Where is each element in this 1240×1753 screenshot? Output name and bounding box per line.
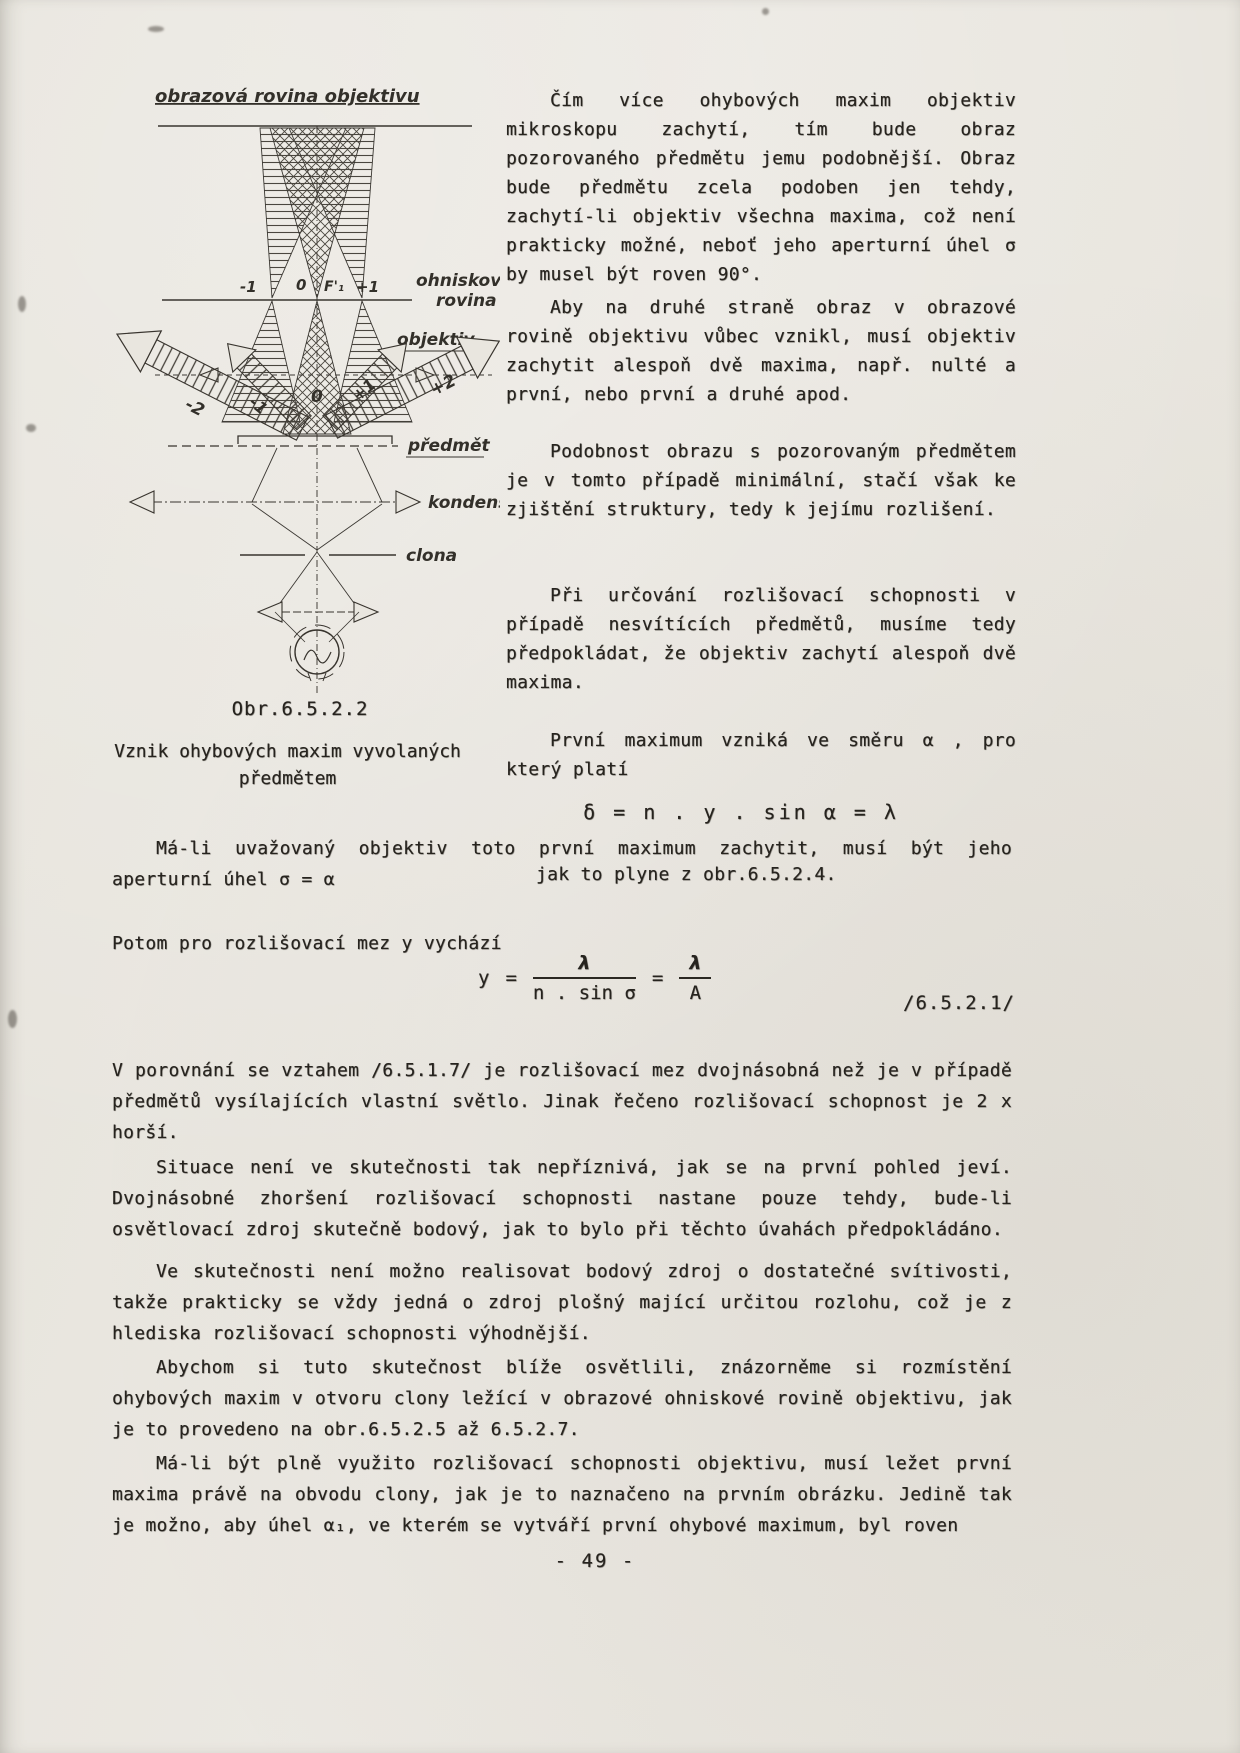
- formula-denominator-2: A: [679, 979, 711, 1004]
- scanned-page: obrazová rovina objektivu -1 0 F'₁ +1 oh…: [0, 0, 1240, 1753]
- focal-tick-plus1: +1: [356, 278, 379, 296]
- formula-denominator-1: n . sin σ: [533, 979, 636, 1004]
- condenser-arrowhead-right: [396, 491, 420, 513]
- focal-tick-minus1: -1: [240, 278, 257, 296]
- order-label-minus2: -2: [182, 395, 208, 421]
- figure-caption: Obr.6.5.2.2: [100, 698, 500, 720]
- figure-subcaption: Vznik ohybových maxim vyvolaných předmět…: [95, 738, 480, 792]
- scan-speck: [18, 296, 26, 312]
- lens-arrowhead-right: [354, 602, 378, 622]
- lens-arrowhead-left: [258, 602, 282, 622]
- formula-diffraction: δ = n . y . sin α = λ: [506, 800, 976, 824]
- focal-tick-focus: F'₁: [324, 279, 344, 295]
- paragraph-resolving-power: Při určování rozlišovací schopnosti v př…: [506, 581, 1016, 697]
- focal-tick-zero: 0: [296, 276, 306, 294]
- formula-fraction-2: λ A: [679, 952, 711, 1004]
- formula-tag: /6.5.2.1/: [903, 992, 1015, 1014]
- formula-numerator-2: λ: [679, 952, 711, 979]
- paragraph-full-resolution: Má-li být plně využito rozlišovací schop…: [112, 1448, 1012, 1541]
- paragraph-comparison: V porovnání se vztahem /6.5.1.7/ je rozl…: [112, 1055, 1012, 1148]
- condenser-label: kondensor: [428, 493, 500, 513]
- formula-numerator-1: λ: [533, 952, 636, 979]
- focal-plane-label-1: ohnisková: [416, 271, 500, 291]
- paragraph-similarity: Podobnost obrazu s pozorovaným předmětem…: [506, 437, 1016, 524]
- scan-speck: [762, 8, 769, 15]
- paragraph-maxima-capture: Čím více ohybových maxim objektiv mikros…: [506, 86, 1016, 289]
- paragraph-real-source: Ve skutečnosti není možno realisovat bod…: [112, 1256, 1012, 1349]
- aperture-label: clona: [406, 546, 457, 566]
- formula-fraction-1: λ n . sin σ: [533, 952, 636, 1004]
- scan-speck: [8, 1010, 17, 1028]
- paragraph-illustration: Abychom si tuto skutečnost blíže osvětli…: [112, 1352, 1012, 1445]
- order-label-zero: 0: [311, 387, 323, 407]
- scan-speck: [26, 424, 36, 432]
- object-label: předmět: [407, 436, 490, 456]
- image-plane-label: obrazová rovina objektivu: [155, 86, 420, 107]
- paragraph-situation: Situace není ve skutečnosti tak nepřízni…: [112, 1152, 1012, 1245]
- page-number: - 49 -: [0, 1550, 1190, 1572]
- formula-equals-1: =: [505, 967, 516, 989]
- formula-resolution-limit: y = λ n . sin σ = λ A: [478, 952, 711, 1004]
- formula-lhs: y: [478, 967, 489, 989]
- paragraph-first-maximum: První maximum vzniká ve směru α , pro kt…: [506, 726, 1016, 784]
- condenser-arrowhead-left: [130, 491, 154, 513]
- paragraph-aperture-angle: Má-li uvažovaný objektiv toto první maxi…: [112, 833, 1012, 895]
- figure-subcaption-line1: Vznik ohybových maxim vyvolaných: [95, 738, 480, 765]
- diffraction-figure: obrazová rovina objektivu -1 0 F'₁ +1 oh…: [100, 82, 500, 712]
- figure-subcaption-line2: předmětem: [95, 765, 480, 792]
- formula-equals-2: =: [652, 967, 663, 989]
- focal-plane-label-2: rovina: [436, 291, 497, 311]
- scan-speck: [148, 26, 164, 32]
- specimen-bracket: [238, 436, 392, 444]
- paragraph-image-formation: Aby na druhé straně obraz v obrazové rov…: [506, 293, 1016, 409]
